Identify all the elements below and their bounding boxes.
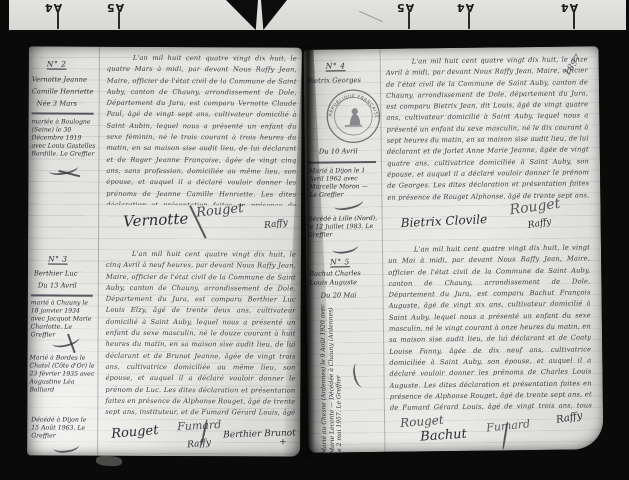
- page-corner-fragment: [96, 455, 123, 467]
- format-marker-a4: A4: [44, 1, 62, 14]
- act-date: Du 13 Avril: [38, 279, 77, 291]
- marker-tick: [118, 12, 120, 29]
- film-scratch: [359, 11, 383, 22]
- signature-mayor: Raffy: [187, 438, 212, 451]
- format-marker-a4: A4: [560, 1, 578, 14]
- format-marker-a5: A5: [396, 1, 414, 14]
- act-name-line: Berthier Luc: [34, 267, 78, 279]
- filmstrip: A4 A5 A5 A4 A4: [0, 0, 629, 30]
- format-marker-a5: A5: [106, 1, 124, 14]
- margin-note-vertical: Marié au Chesne (Ardennes) le 9 Août 192…: [319, 304, 344, 454]
- margin-note-marriage: mariée à Boulogne (Seine) le 30 Décembre…: [31, 118, 95, 159]
- act-body-text: L'an mil huit cent quatre vingt dix huit…: [106, 53, 297, 206]
- act-number: N° 2: [47, 59, 67, 68]
- signature-witness: Fumard: [177, 418, 222, 433]
- act-date: Née 3 Mars: [37, 97, 77, 109]
- clerk-paraph: [351, 362, 368, 388]
- signature-father: Vernotte: [123, 209, 189, 230]
- act-body-text: L'an mil huit cent quatre vingt dix huit…: [388, 242, 592, 412]
- signature-father: Bietrix Clovile: [400, 212, 487, 230]
- marker-tick: [57, 12, 59, 29]
- clerk-paraph: [331, 239, 359, 255]
- clerk-paraph: [52, 439, 79, 454]
- act-name-line: Vernotte Jeanne: [32, 73, 87, 85]
- act-date: Du 20 Mai: [320, 289, 356, 301]
- margin-separator: [32, 112, 94, 114]
- microfilm-frame: A4 A5 A5 A4 A4 N° 2 Vernotte Jeanne Cami…: [0, 0, 629, 480]
- margin-note-death: Décédé à Lille (Nord), le 12 Juillet 198…: [308, 215, 378, 240]
- stamp-base: [345, 125, 362, 127]
- signature-witness: Rouget: [111, 423, 159, 442]
- center-triangle-left-icon: [226, 0, 258, 30]
- margin-note-marriage: Marié à Bordes le Chatel (Côte d'Or) le …: [29, 354, 95, 395]
- margin-separator: [31, 294, 93, 296]
- official-stamp: RÉPUBLIQUE FRANÇAISE: [324, 87, 383, 146]
- act-name-line: Camille Henriette: [32, 85, 94, 97]
- signature-mark: +: [279, 438, 287, 448]
- stamp-marianne-figure-icon: [349, 108, 360, 125]
- act-name-line: Bachut Charles Louis Auguste: [309, 269, 379, 288]
- act-date: Du 10 Avril: [319, 145, 358, 157]
- act-number: N° 4: [326, 61, 346, 70]
- format-marker-a4: A4: [456, 1, 474, 14]
- act-number: N° 5: [330, 257, 350, 266]
- margin-note-marriage: Marié à Dijon le 1 Avril 1962 avec Marce…: [309, 167, 375, 200]
- register-right-page: 1897 N° 4 Bietrix Georges RÉPUBLIQUE FRA…: [304, 46, 604, 453]
- act-name-line: Bietrix Georges: [307, 74, 361, 87]
- signature-father: Bachut: [420, 427, 467, 445]
- signature-mayor: Raffy: [527, 217, 552, 231]
- register-left-page: N° 2 Vernotte Jeanne Camille Henriette N…: [27, 46, 302, 456]
- signature-witness: Rouget: [196, 201, 244, 221]
- center-triangle-right-icon: [261, 0, 287, 30]
- act-number: N° 3: [48, 254, 68, 263]
- signature-witness: Fumard: [486, 417, 531, 434]
- act-body-text: L'an mil huit cent quatre vingt dix huit…: [105, 249, 296, 418]
- marker-tick: [408, 12, 410, 29]
- signature-mayor: Raffy: [264, 218, 289, 231]
- marker-tick: [573, 12, 575, 29]
- film-notch: [0, 0, 9, 30]
- act-body-text: L'an mil huit cent quatre vingt dix huit…: [386, 54, 590, 202]
- margin-separator: [308, 161, 376, 164]
- margin-rule: [97, 47, 100, 456]
- marker-tick: [468, 12, 470, 29]
- margin-note-death: Décédé à Dijon le 15 Août 1963. Le Greff…: [31, 416, 95, 441]
- signature-mayor: Raffy: [555, 410, 583, 426]
